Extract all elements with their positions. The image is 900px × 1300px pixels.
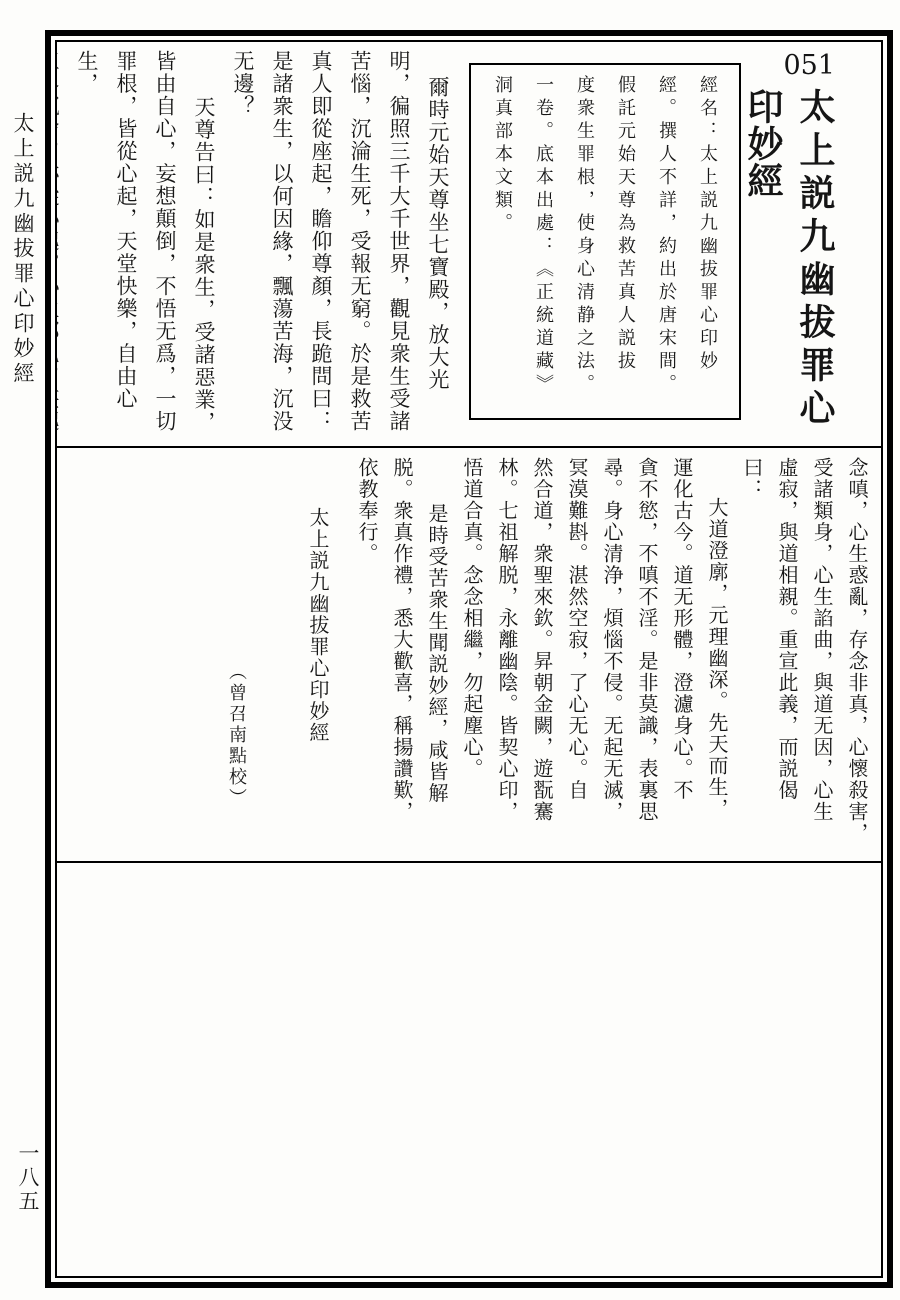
text-column: 皆由自心，妄想顛倒，不悟无爲，一切 (145, 50, 184, 438)
text-column: 虛寂，與道相親。重宣此義，而説偈 (768, 457, 803, 852)
closing-title: 太上説九幽拔罪心印妙經 (299, 457, 334, 852)
text-column: 冥漠難斟。湛然空寂，了心无心。自 (558, 457, 593, 852)
text-column: 曰： (733, 457, 768, 852)
margin-running-title: 太上説九幽拔罪心印妙經 (8, 112, 38, 412)
abstract-column: 一卷。底本出處：《正統道藏》 (523, 75, 564, 408)
text-column: 明，徧照三千大千世界，觀見衆生受諸 (379, 50, 418, 438)
text-column: 依教奉行。 (348, 457, 383, 852)
section-bottom-blank (57, 863, 881, 1276)
text-column: 脱。衆真作禮，悉大歡喜，稱揚讚歎， (383, 457, 418, 852)
inner-frame-border: 051 太上説九幽拔罪心 印妙經 經名：太上説九幽拔罪心印妙 經。撰人不詳，約出… (55, 40, 883, 1278)
text-column: 苦惱，沉淪生死，受報无窮。於是救苦 (340, 50, 379, 438)
scripture-code: 051 (783, 50, 835, 81)
section-middle: 念嗔，心生惑亂，存念非真，心懷殺害， 受諸類身，心生諂曲，與道无因，心生 虛寂，… (57, 448, 881, 861)
page-number: 一八五 (13, 1142, 43, 1232)
text-column: 是時受苦衆生聞説妙經，咸皆解 (418, 457, 453, 852)
text-column: 受諸類身，心生諂曲，與道无因，心生 (803, 457, 838, 852)
main-title-column-2: 印妙經 (741, 88, 785, 199)
text-column: 三界沉淪，亦從心起。心生邪見，妄起 (55, 50, 67, 438)
abstract-column: 經。撰人不詳，約出於唐宋間。 (646, 75, 687, 408)
text-column: 大道澄廓，元理幽深。先天而生， (698, 457, 733, 852)
outer-frame-border: 051 太上説九幽拔罪心 印妙經 經名：太上説九幽拔罪心印妙 經。撰人不詳，約出… (45, 30, 893, 1288)
main-title-column-1: 太上説九幽拔罪心 (793, 88, 837, 432)
text-column: 罪根，皆從心起，天堂快樂，自由心生， (67, 50, 145, 438)
column-gap (334, 457, 348, 852)
text-column: 真人即從座起，瞻仰尊顏，長跪問曰： (301, 50, 340, 438)
text-column: 无邊？ (223, 50, 262, 438)
text-column: 尋。身心清浄，煩惱不侵。无起无滅， (593, 457, 628, 852)
abstract-column: 假託元始天尊為救苦真人説拔 (605, 75, 646, 408)
scripture-body-top: 爾時元始天尊坐七寶殿，放大光 明，徧照三千大千世界，觀見衆生受諸 苦惱，沉淪生死… (63, 42, 457, 446)
scanned-scripture-page: 太上説九幽拔罪心印妙經 一八五 051 太上説九幽拔罪心 印妙經 經名：太上説九… (0, 0, 900, 1300)
text-column: 念嗔，心生惑亂，存念非真，心懷殺害， (838, 457, 873, 852)
text-column: 貪不慾，不嗔不淫。是非莫識，表裏思 (628, 457, 663, 852)
editor-colophon: （曾召南點校） (219, 457, 254, 852)
text-column: 運化古今。道无形體，澄濾身心。不 (663, 457, 698, 852)
text-column: 天尊告曰：如是衆生，受諸惡業， (184, 50, 223, 438)
text-column: 悟道合真。念念相繼，勿起塵心。 (453, 457, 488, 852)
text-column: 爾時元始天尊坐七寶殿，放大光 (418, 50, 457, 438)
abstract-column: 洞真部本文類。 (482, 75, 523, 408)
bibliographic-note-box: 經名：太上説九幽拔罪心印妙 經。撰人不詳，約出於唐宋間。 假託元始天尊為救苦真人… (469, 63, 741, 420)
section-top: 051 太上説九幽拔罪心 印妙經 經名：太上説九幽拔罪心印妙 經。撰人不詳，約出… (57, 42, 881, 446)
abstract-column: 度衆生罪根，使身心清静之法。 (564, 75, 605, 408)
text-column: 林。七祖解脱，永離幽陰。皆契心印， (488, 457, 523, 852)
abstract-column: 經名：太上説九幽拔罪心印妙 (687, 75, 728, 408)
text-column: 是諸衆生，以何因緣，飄蕩苦海，沉没 (262, 50, 301, 438)
column-gap (254, 457, 299, 852)
text-column: 然合道，衆聖來欽。昇朝金闕，遊翫騫 (523, 457, 558, 852)
bibliographic-note-text: 經名：太上説九幽拔罪心印妙 經。撰人不詳，約出於唐宋間。 假託元始天尊為救苦真人… (482, 75, 728, 408)
